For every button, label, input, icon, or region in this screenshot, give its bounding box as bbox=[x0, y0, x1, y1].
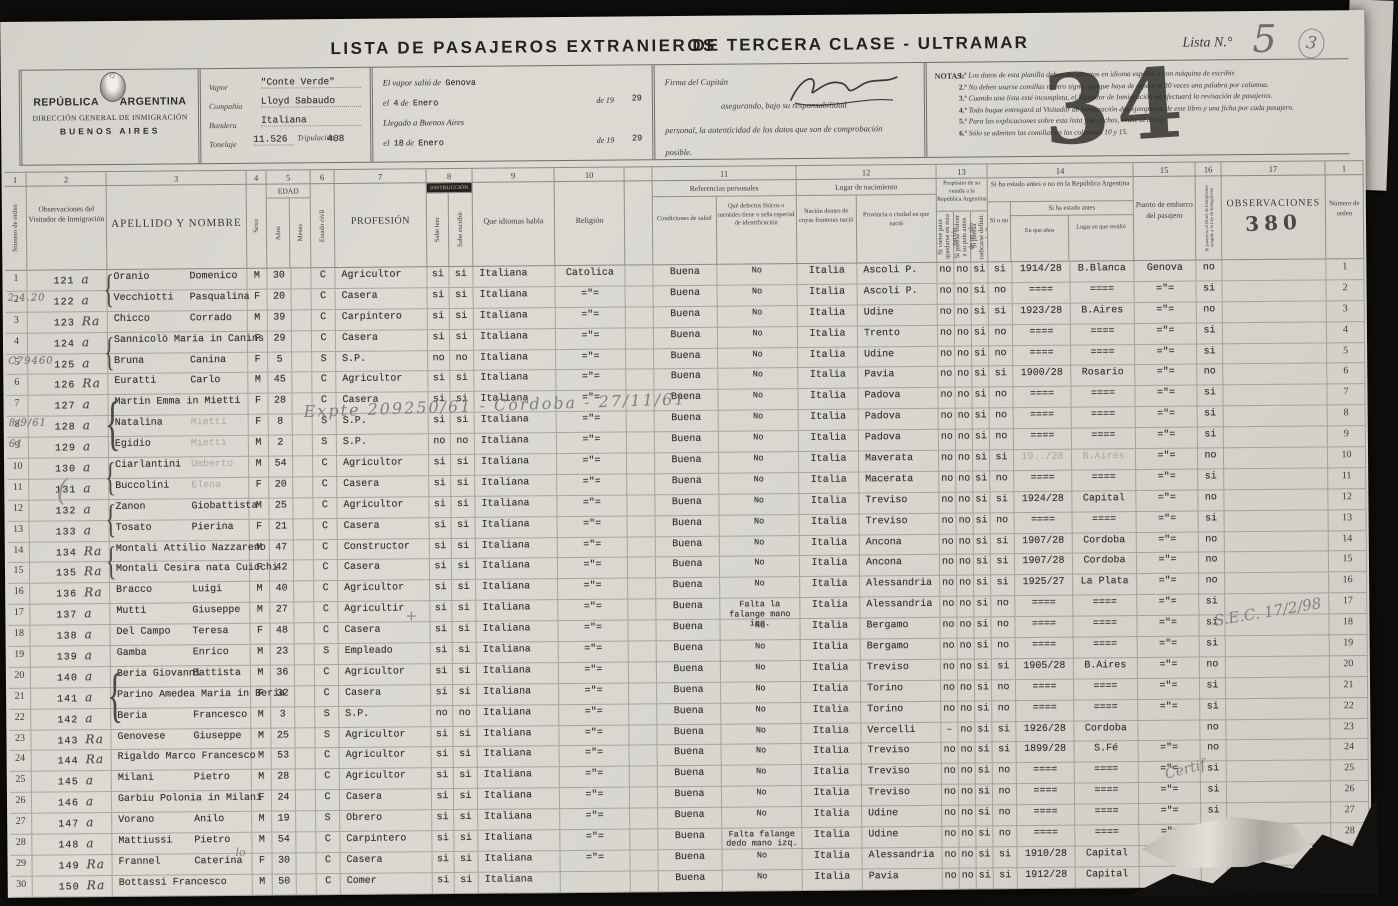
cell-estado-antes-anios: 1926/28 bbox=[1016, 721, 1074, 741]
cell-sabe-escribir: si bbox=[451, 476, 475, 496]
cell-estado-antes-lugar: ==== bbox=[1073, 512, 1137, 532]
cell-meses bbox=[296, 770, 316, 790]
cell-idioma: Italiana bbox=[478, 788, 560, 809]
cell-estado-antes-sino: no bbox=[989, 387, 1013, 407]
cell-estado-antes-lugar: ==== bbox=[1072, 407, 1136, 427]
cell-defectos: No bbox=[719, 410, 799, 431]
cell-order-number: 11 bbox=[7, 480, 29, 500]
cell-idioma: Italiana bbox=[478, 747, 560, 768]
cell-name: BraccoLuigi bbox=[110, 582, 250, 603]
cell-meses bbox=[296, 791, 316, 811]
cell-nacion: Italia bbox=[801, 723, 861, 743]
compania-label: Compañía bbox=[209, 102, 242, 111]
cell-hotel: no bbox=[1197, 302, 1223, 322]
cell-sabe-leer: si bbox=[430, 580, 452, 600]
cell-meses bbox=[293, 498, 313, 518]
header-estado-civil: Estado civil bbox=[311, 184, 336, 267]
cell-proposito-3: si bbox=[974, 555, 991, 575]
cell-estado-civil: S bbox=[315, 707, 339, 727]
cell-order-number-right: 1 bbox=[1326, 259, 1364, 279]
captain-line2: personal, la autenticidad de los datos q… bbox=[665, 123, 916, 135]
cell-nacion: Italia bbox=[802, 765, 862, 785]
cell-sabe-escribir: si bbox=[452, 538, 476, 558]
cell-proposito-2: no bbox=[957, 555, 974, 575]
col-number: 13 bbox=[936, 164, 987, 177]
cell-profesion: Agricultor bbox=[337, 455, 429, 476]
cell-spacer bbox=[628, 516, 656, 536]
cell-puerto: ="= bbox=[1135, 365, 1197, 385]
cell-anos: 29 bbox=[268, 331, 292, 351]
cell-observaciones bbox=[1227, 740, 1331, 761]
cell-hotel: no bbox=[1199, 532, 1225, 552]
cell-estado-antes-anios: ==== bbox=[1013, 324, 1071, 344]
cell-puerto: ="= bbox=[1138, 678, 1200, 698]
cell-order-number: 19 bbox=[9, 647, 31, 667]
cell-proposito-3: si bbox=[974, 534, 991, 554]
cell-visitor-number: 139a bbox=[31, 646, 111, 667]
cell-idioma: Italiana bbox=[477, 663, 559, 684]
cell-profesion: Agricultor bbox=[338, 581, 430, 602]
cell-meses bbox=[294, 519, 314, 539]
cell-visitor-number: 127a bbox=[28, 395, 108, 416]
cell-proposito-3: si bbox=[976, 764, 993, 784]
cell-sabe-leer: no bbox=[431, 706, 453, 726]
cell-defectos: No bbox=[719, 452, 799, 473]
cell-estado-antes-sino: no bbox=[989, 346, 1013, 366]
cell-spacer bbox=[630, 788, 658, 808]
header-referencias: Referencias personalesCondiciones de sal… bbox=[653, 180, 798, 264]
tonelaje-label: Tonelaje bbox=[209, 140, 236, 149]
cell-idioma: Italiana bbox=[476, 621, 558, 642]
cell-nacion: Italia bbox=[801, 640, 861, 660]
cell-visitor-number: 126Ra bbox=[28, 374, 108, 395]
cell-estado-antes-lugar: Rosario bbox=[1071, 366, 1135, 386]
cell-provincia: Treviso bbox=[862, 743, 942, 764]
cell-defectos: No bbox=[719, 494, 799, 515]
cell-proposito-3: si bbox=[975, 638, 992, 658]
cell-proposito-2: no bbox=[958, 639, 975, 659]
cell-proposito-3: si bbox=[973, 492, 990, 512]
cell-religion: ="= bbox=[557, 412, 627, 433]
cell-sabe-escribir: si bbox=[449, 267, 473, 287]
cell-salud: Buena bbox=[655, 432, 719, 452]
cell-salud: Buena bbox=[656, 620, 720, 640]
cell-estado-civil: C bbox=[313, 498, 337, 518]
cell-puerto: ="= bbox=[1135, 386, 1197, 406]
cell-sabe-escribir: si bbox=[450, 288, 474, 308]
cell-puerto: ="= bbox=[1138, 699, 1200, 719]
cell-observaciones bbox=[1226, 656, 1330, 677]
bandera-value: Italiana bbox=[261, 114, 361, 127]
cell-visitor-number: 147a bbox=[32, 813, 112, 834]
cell-observaciones bbox=[1225, 531, 1329, 552]
cell-idioma: Italiana bbox=[477, 642, 559, 663]
col-number: 1 bbox=[5, 173, 27, 186]
cell-sabe-leer: si bbox=[432, 852, 454, 872]
cell-name: EurattiCarlo bbox=[108, 373, 248, 394]
header-profesion: PROFESIÓN bbox=[335, 183, 428, 267]
cell-defectos: No bbox=[720, 556, 800, 577]
cell-visitor-number: 2.4.20122a bbox=[28, 291, 108, 312]
col-number: 10 bbox=[555, 168, 625, 182]
cell-proposito-1: no bbox=[939, 492, 956, 512]
cell-anos: 3 bbox=[271, 707, 295, 727]
cell-sabe-escribir: si bbox=[455, 873, 479, 893]
cell-sexo: M bbox=[248, 373, 268, 393]
cell-profesion: Casera bbox=[337, 476, 429, 497]
cell-provincia: Maverata bbox=[859, 451, 939, 472]
cell-defectos: No bbox=[720, 515, 800, 536]
cell-estado-antes-anios: ==== bbox=[1015, 596, 1073, 616]
cell-estado-antes-lugar: ==== bbox=[1071, 386, 1135, 406]
cell-estado-antes-lugar: ==== bbox=[1074, 637, 1138, 657]
header-lugar-nacimiento: Lugar de nacimientoNación dentro de cuya… bbox=[797, 179, 938, 263]
cell-estado-antes-anios: 1912/28 bbox=[1018, 867, 1076, 887]
cell-defectos: No bbox=[717, 264, 797, 285]
cell-sabe-leer: si bbox=[432, 748, 454, 768]
cell-spacer bbox=[630, 767, 658, 787]
cell-sabe-leer: si bbox=[431, 685, 453, 705]
cell-sabe-leer: no bbox=[429, 434, 451, 454]
cell-sabe-escribir: si bbox=[454, 789, 478, 809]
cell-observaciones bbox=[1226, 719, 1330, 740]
cell-observaciones bbox=[1223, 301, 1327, 322]
cell-visitor-number: 123Ra bbox=[28, 312, 108, 333]
cell-visitor-number: 134Ra bbox=[30, 542, 110, 563]
cell-estado-civil: C bbox=[311, 268, 335, 288]
cell-profesion: S.P. bbox=[339, 706, 431, 727]
cell-order-number: 23 bbox=[9, 730, 31, 750]
cell-anos: 8 bbox=[269, 415, 293, 435]
cell-proposito-3: si bbox=[975, 701, 992, 721]
cell-observaciones bbox=[1223, 280, 1327, 301]
header-idiomas: Que idiomas habla bbox=[473, 182, 556, 266]
compania-value: Lloyd Sabaudo bbox=[261, 95, 361, 108]
cell-idioma: Italiana bbox=[475, 496, 557, 517]
cell-anos: 27 bbox=[270, 603, 294, 623]
cell-hotel: no bbox=[1198, 448, 1224, 468]
cell-estado-antes-lugar: ==== bbox=[1075, 783, 1139, 803]
cell-hotel: no bbox=[1200, 720, 1226, 740]
cell-religion: ="= bbox=[558, 600, 628, 621]
captain-box: Firma del Capitán asegurando, bajo su re… bbox=[655, 63, 928, 159]
cell-proposito-1: no bbox=[940, 597, 957, 617]
cell-spacer bbox=[631, 871, 659, 891]
cell-observaciones bbox=[1225, 552, 1329, 573]
cell-meses bbox=[291, 268, 311, 288]
cell-estado-antes-anios: ==== bbox=[1016, 679, 1074, 699]
cell-proposito-3: si bbox=[974, 617, 991, 637]
cell-estado-antes-sino: no bbox=[990, 429, 1014, 449]
cell-religion: ="= bbox=[558, 621, 628, 642]
cell-proposito-1: no bbox=[942, 806, 959, 826]
col-number: 7 bbox=[335, 169, 427, 183]
cell-profesion: Casera bbox=[340, 852, 432, 873]
cell-proposito-3: si bbox=[973, 429, 990, 449]
cell-meses bbox=[295, 665, 315, 685]
cell-order-number: 22 bbox=[9, 709, 31, 729]
cell-proposito-1: no bbox=[939, 430, 956, 450]
cell-idioma: Italiana bbox=[476, 600, 558, 621]
cell-provincia: Torino bbox=[861, 681, 941, 702]
cell-order-number-right: 11 bbox=[1328, 468, 1366, 488]
cell-hotel: no bbox=[1199, 553, 1225, 573]
cell-estado-antes-anios: 1914/28 bbox=[1012, 262, 1070, 282]
ink-stamp-380: 380 bbox=[1222, 209, 1326, 237]
mes-llegada: Enero bbox=[418, 138, 444, 148]
cell-proposito-1: no bbox=[940, 513, 957, 533]
cell-spacer bbox=[625, 265, 653, 285]
cell-salud: Buena bbox=[658, 829, 722, 849]
cell-sabe-escribir: si bbox=[452, 601, 476, 621]
argentina-label: ARGENTINA bbox=[120, 95, 187, 108]
cell-puerto: ="= bbox=[1137, 511, 1199, 531]
cell-sabe-leer: si bbox=[432, 810, 454, 830]
cell-order-number-right: 13 bbox=[1329, 510, 1367, 530]
cell-proposito-1: no bbox=[939, 409, 956, 429]
cell-sexo: F bbox=[249, 478, 269, 498]
cell-proposito-2: no bbox=[957, 618, 974, 638]
cell-nacion: Italia bbox=[802, 828, 862, 848]
cell-proposito-2: no bbox=[955, 304, 972, 324]
cell-puerto: ="= bbox=[1137, 595, 1199, 615]
cell-defectos: No bbox=[718, 285, 798, 306]
cell-sabe-leer: si bbox=[430, 539, 452, 559]
firma-label: Firma del Capitán bbox=[665, 77, 728, 88]
cell-spacer bbox=[629, 662, 657, 682]
cell-estado-civil: C bbox=[313, 456, 337, 476]
cell-proposito-3: si bbox=[972, 304, 989, 324]
cell-spacer bbox=[626, 370, 654, 390]
cell-proposito-2: no bbox=[957, 576, 974, 596]
cell-provincia: Ancona bbox=[860, 555, 940, 576]
header-edad: EDADAñosMeses bbox=[267, 184, 312, 267]
header-spacer bbox=[625, 181, 654, 264]
cell-hotel: si bbox=[1198, 469, 1224, 489]
cell-sabe-leer: si bbox=[430, 518, 452, 538]
header-puerto-embarco: Puerto de embarco del pasajero bbox=[1134, 177, 1197, 261]
header-apellido-nombre: APELLIDO Y NOMBRE bbox=[107, 185, 248, 269]
cell-puerto: ="= bbox=[1138, 637, 1200, 657]
cell-visitor-number: 130a bbox=[29, 458, 109, 479]
cell-sexo: M bbox=[251, 707, 271, 727]
cell-salud: Buena bbox=[654, 327, 718, 347]
cell-estado-civil: C bbox=[314, 602, 338, 622]
cell-order-number-right: 9 bbox=[1328, 426, 1366, 446]
cell-order-number-right: 19 bbox=[1330, 635, 1368, 655]
cell-estado-antes-sino: no bbox=[992, 701, 1016, 721]
cell-sabe-escribir: si bbox=[450, 309, 474, 329]
cell-religion: ="= bbox=[559, 662, 629, 683]
cell-estado-civil: C bbox=[314, 581, 338, 601]
cell-sabe-leer: si bbox=[433, 873, 455, 893]
cell-observaciones bbox=[1226, 677, 1330, 698]
cell-meses bbox=[292, 310, 312, 330]
cell-visitor-number: 142a bbox=[31, 709, 111, 730]
cell-idioma: Italiana bbox=[474, 350, 556, 371]
cell-order-number-right: 14 bbox=[1329, 531, 1367, 551]
cell-meses bbox=[294, 561, 314, 581]
cell-name: BrunaCanina bbox=[108, 352, 248, 373]
cell-estado-antes-anios: 1924/28 bbox=[1014, 491, 1072, 511]
cell-meses bbox=[294, 582, 314, 602]
cell-anos: 23 bbox=[271, 644, 295, 664]
cell-proposito-3: si bbox=[974, 513, 991, 533]
cell-sabe-escribir: si bbox=[454, 831, 478, 851]
header-numero-orden-right: Número de orden bbox=[1326, 175, 1365, 258]
cell-estado-civil: C bbox=[314, 623, 338, 643]
cell-anos: 24 bbox=[272, 791, 296, 811]
cell-order-number: 14 bbox=[8, 542, 30, 562]
cell-visitor-number: 145a bbox=[32, 771, 112, 792]
cell-estado-antes-lugar: S.Fé bbox=[1075, 742, 1139, 762]
cell-puerto: ="= bbox=[1135, 302, 1197, 322]
cell-nacion: Italia bbox=[803, 869, 863, 889]
cell-estado-antes-sino: si bbox=[990, 492, 1014, 512]
cell-profesion: Casera bbox=[338, 560, 430, 581]
cell-visitor-number: 143Ra bbox=[31, 730, 111, 751]
cell-puerto: ="= bbox=[1136, 490, 1198, 510]
cell-spacer bbox=[629, 725, 657, 745]
cell-sabe-leer: si bbox=[432, 768, 454, 788]
cell-proposito-1: no bbox=[938, 284, 955, 304]
cell-sexo: M bbox=[251, 645, 271, 665]
cell-spacer bbox=[627, 495, 655, 515]
cell-anos: 28 bbox=[268, 394, 292, 414]
cell-estado-antes-anios: ==== bbox=[1017, 763, 1075, 783]
cell-puerto: ="= bbox=[1136, 428, 1198, 448]
cell-nacion: Italia bbox=[800, 577, 860, 597]
cell-proposito-3: si bbox=[972, 346, 989, 366]
header-estado-antes: Si ha estado antes o no en la República … bbox=[988, 177, 1135, 261]
cell-sabe-leer: no bbox=[428, 351, 450, 371]
cell-profesion: Agricultor bbox=[337, 497, 429, 518]
cell-estado-antes-sino: no bbox=[993, 826, 1017, 846]
cell-estado-antes-anios: ==== bbox=[1013, 345, 1071, 365]
cell-proposito-2: no bbox=[959, 806, 976, 826]
cell-religion: ="= bbox=[560, 830, 630, 851]
cell-salud: Buena bbox=[655, 453, 719, 473]
cell-proposito-2: no bbox=[955, 283, 972, 303]
cell-religion: ="= bbox=[556, 307, 626, 328]
cell-sabe-escribir: si bbox=[450, 371, 474, 391]
cell-observaciones bbox=[1224, 427, 1328, 448]
cell-estado-antes-lugar: B.Aires bbox=[1072, 449, 1136, 469]
cell-estado-antes-lugar: B.Aires bbox=[1074, 658, 1138, 678]
cell-proposito-1: no bbox=[941, 660, 958, 680]
cell-estado-civil: C bbox=[312, 310, 336, 330]
cell-religion: ="= bbox=[559, 683, 629, 704]
cell-salud: Buena bbox=[654, 348, 718, 368]
cell-visitor-number: 124a bbox=[28, 333, 108, 354]
col-number: 8 bbox=[427, 169, 473, 182]
cell-proposito-1: no bbox=[941, 701, 958, 721]
cell-meses bbox=[292, 352, 312, 372]
cell-profesion: Agricultor bbox=[340, 769, 432, 790]
cell-profesion: Agricultor bbox=[335, 267, 427, 288]
llegado-label: Llegado a Buenos Aires bbox=[383, 117, 464, 128]
cell-order-number-right: 10 bbox=[1328, 447, 1366, 467]
cell-estado-antes-sino: si bbox=[992, 659, 1016, 679]
cell-profesion: Agricultor bbox=[339, 727, 431, 748]
cell-sabe-leer: si bbox=[430, 622, 452, 642]
cell-estado-antes-sino: si bbox=[993, 847, 1017, 867]
cell-sabe-escribir: si bbox=[451, 497, 475, 517]
cell-religion: ="= bbox=[560, 746, 630, 767]
cell-sabe-leer: si bbox=[431, 727, 453, 747]
cell-profesion: Constructor bbox=[338, 539, 430, 560]
cell-estado-civil: C bbox=[314, 561, 338, 581]
cell-hotel: si bbox=[1198, 427, 1224, 447]
cell-proposito-3: si bbox=[972, 325, 989, 345]
ink-stamp-34: 34 bbox=[1040, 46, 1192, 168]
cell-estado-antes-sino: si bbox=[992, 722, 1016, 742]
cell-name: CiarlantiniUmberto bbox=[109, 457, 249, 478]
cell-religion: ="= bbox=[558, 579, 628, 600]
cell-religion: ="= bbox=[557, 495, 627, 516]
cell-sexo: M bbox=[253, 874, 273, 894]
cell-nacion: Italia bbox=[800, 514, 860, 534]
cell-order-number: 20 bbox=[9, 668, 31, 688]
cell-visitor-number: 149Ra bbox=[32, 855, 112, 876]
cell-defectos: No bbox=[718, 368, 798, 389]
cell-proposito-1: no bbox=[940, 576, 957, 596]
cell-defectos: Falta falange dedo mano izq. bbox=[722, 828, 802, 849]
cell-defectos: No bbox=[718, 306, 798, 327]
cell-observaciones bbox=[1226, 635, 1330, 656]
cell-puerto: ="= bbox=[1138, 657, 1200, 677]
cell-spacer bbox=[628, 558, 656, 578]
cell-spacer bbox=[630, 746, 658, 766]
cell-idioma: Italiana bbox=[476, 538, 558, 559]
cell-nacion: Italia bbox=[798, 347, 858, 367]
cell-order-number: 28 bbox=[10, 835, 32, 855]
passenger-table: 12345678910111213141516171 Número de ord… bbox=[5, 160, 1370, 898]
cell-sexo: F bbox=[248, 290, 268, 310]
cell-provincia: Macerata bbox=[859, 472, 939, 493]
cell-religion: ="= bbox=[558, 558, 628, 579]
cell-estado-antes-anios: ==== bbox=[1015, 617, 1073, 637]
cell-proposito-3: si bbox=[973, 450, 990, 470]
cell-proposito-3: si bbox=[976, 847, 993, 867]
cell-hotel: si bbox=[1201, 783, 1227, 803]
cell-anos: 53 bbox=[272, 749, 296, 769]
cell-order-number-right: 8 bbox=[1328, 405, 1366, 425]
cell-religion: ="= bbox=[560, 850, 630, 871]
cell-estado-antes-anios: ==== bbox=[1014, 471, 1072, 491]
cell-estado-civil: C bbox=[312, 331, 336, 351]
cell-anos: 47 bbox=[270, 540, 294, 560]
passenger-rows: 1121aOranioDomenicoM30CAgricultorsisiIta… bbox=[5, 259, 1369, 898]
cell-defectos: No bbox=[721, 703, 801, 724]
cell-profesion: Casera bbox=[336, 288, 428, 309]
cell-name: Montali Attilio Nazzareno bbox=[110, 540, 250, 561]
cell-sabe-leer: si bbox=[430, 560, 452, 580]
vapor-value: "Conte Verde" bbox=[261, 76, 361, 89]
cell-sabe-escribir: si bbox=[452, 518, 476, 538]
cell-name: Montali Cesira nata Cuicchi bbox=[110, 561, 250, 582]
cell-puerto: ="= bbox=[1136, 469, 1198, 489]
cell-estado-antes-lugar: ==== bbox=[1071, 324, 1135, 344]
cell-sexo: F bbox=[249, 415, 269, 435]
cell-profesion: Casera bbox=[338, 622, 430, 643]
cell-proposito-2: no bbox=[957, 597, 974, 617]
cell-idioma: Italiana bbox=[475, 454, 557, 475]
cell-sexo: F bbox=[252, 854, 272, 874]
cell-proposito-3: si bbox=[972, 283, 989, 303]
cell-provincia: Alessandria bbox=[860, 576, 940, 597]
cell-name: ZanonGiobattista bbox=[109, 499, 249, 520]
